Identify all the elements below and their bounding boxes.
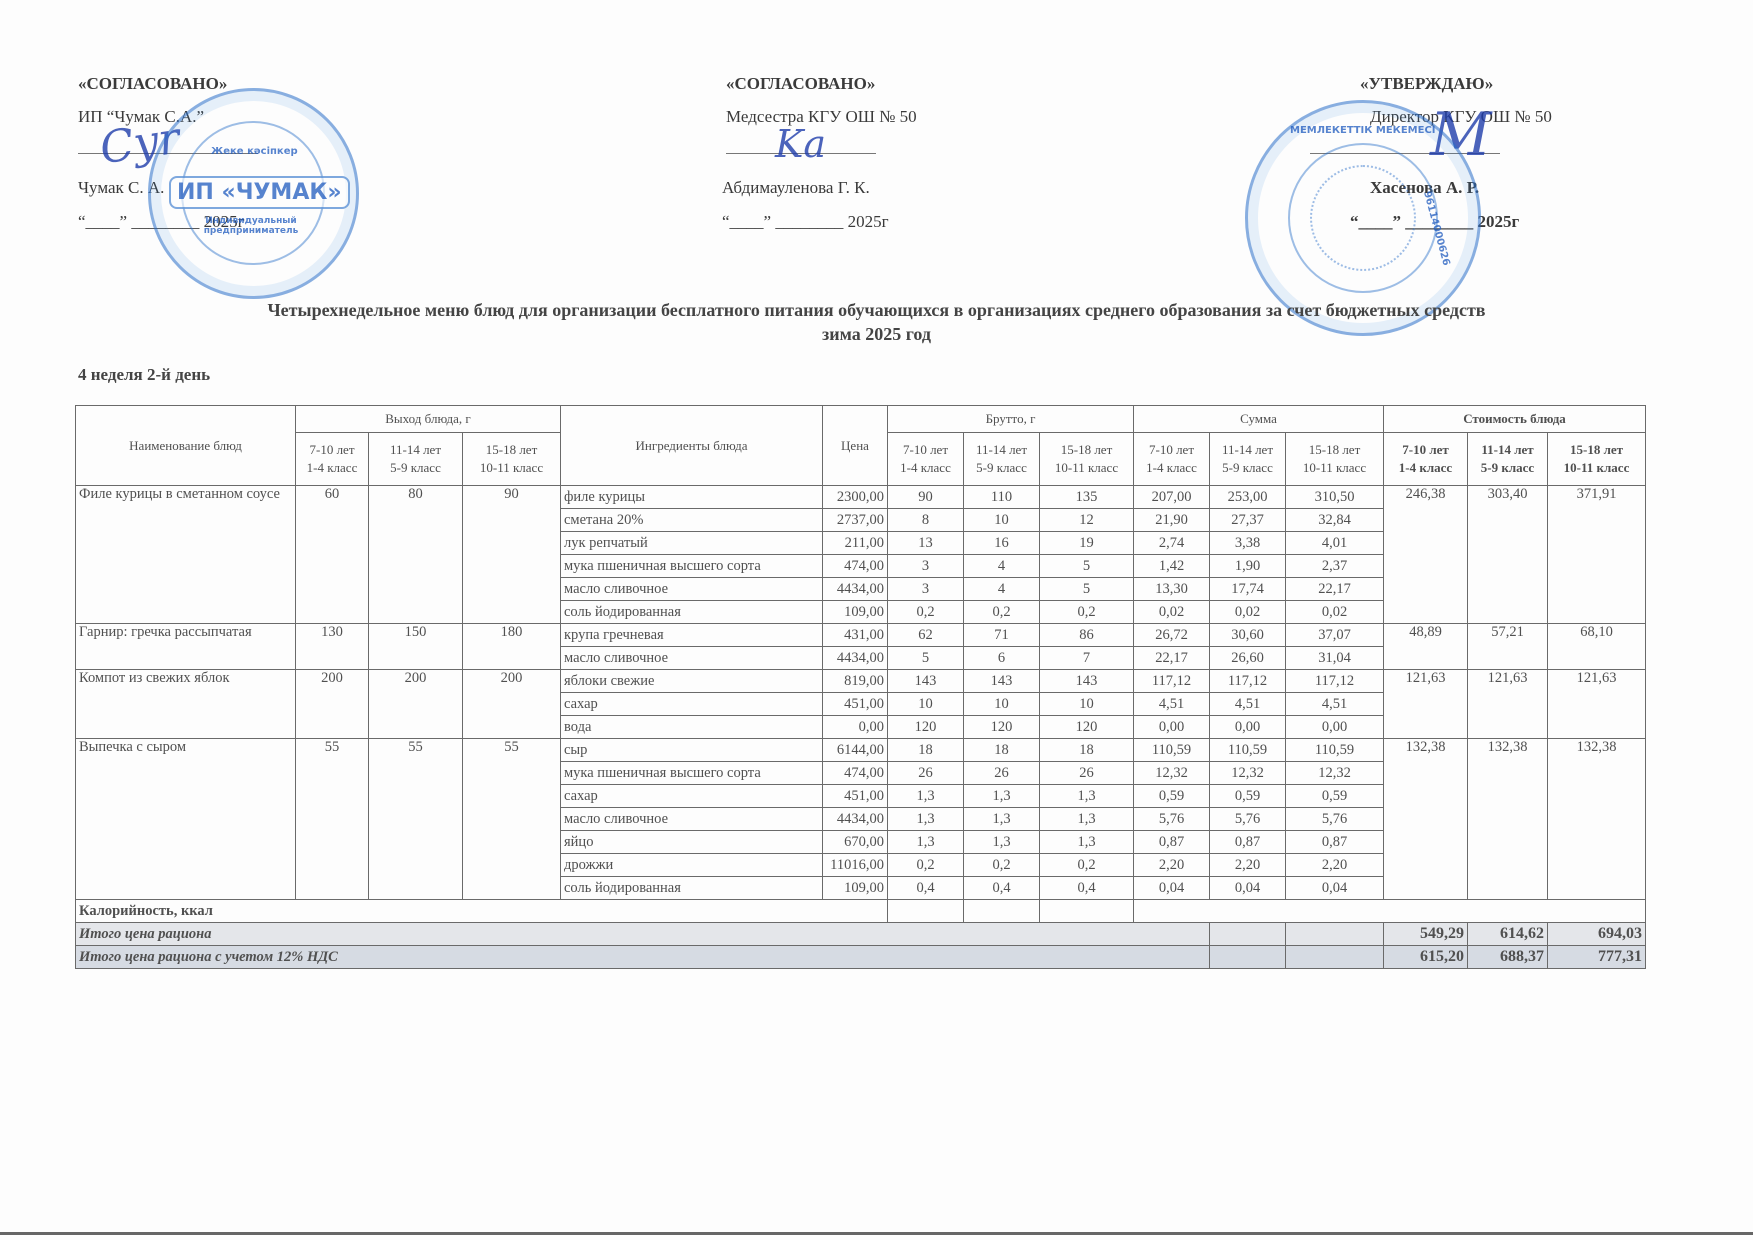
dish-yield: 55	[369, 739, 463, 900]
ingredient-gross: 1,3	[964, 831, 1040, 854]
header-cost: Стоимость блюда	[1384, 406, 1646, 433]
dish-yield: 130	[296, 624, 369, 670]
ingredient-gross: 0,2	[888, 601, 964, 624]
ingredient-sum: 110,59	[1210, 739, 1286, 762]
ingredient-price: 474,00	[823, 555, 888, 578]
total-row-value: 549,29	[1384, 923, 1468, 946]
approval-heading: «СОГЛАСОВАНО»	[78, 75, 227, 92]
ingredient-sum: 0,87	[1134, 831, 1210, 854]
ingredient-sum: 27,37	[1210, 509, 1286, 532]
total-vat-row-value: 777,31	[1548, 946, 1646, 969]
empty-cell	[1210, 946, 1286, 969]
ingredient-gross: 10	[888, 693, 964, 716]
ingredient-gross: 1,3	[888, 785, 964, 808]
ingredient-name: сыр	[561, 739, 823, 762]
dish-yield: 150	[369, 624, 463, 670]
ingredient-gross: 71	[964, 624, 1040, 647]
header-gross: Брутто, г	[888, 406, 1134, 433]
age-label: 11-14 лет	[1213, 441, 1282, 459]
ingredient-name: масло сливочное	[561, 808, 823, 831]
approval-heading: «СОГЛАСОВАНО»	[726, 75, 875, 92]
ingredient-gross: 4	[964, 578, 1040, 601]
total-row-label: Итого цена рациона	[76, 923, 1210, 946]
signature-nurse: Ka	[775, 122, 826, 166]
ingredient-sum: 117,12	[1210, 670, 1286, 693]
grade-label: 10-11 класс	[1043, 459, 1130, 477]
ingredient-sum: 37,07	[1286, 624, 1384, 647]
total-row-value: 614,62	[1468, 923, 1548, 946]
empty-cell	[1286, 923, 1384, 946]
menu-table: Наименование блюд Выход блюда, г Ингреди…	[75, 405, 1646, 969]
ingredient-gross: 5	[1040, 578, 1134, 601]
ingredient-sum: 21,90	[1134, 509, 1210, 532]
ingredient-sum: 0,00	[1286, 716, 1384, 739]
ingredient-gross: 1,3	[964, 785, 1040, 808]
ingredient-price: 4434,00	[823, 647, 888, 670]
ingredient-gross: 62	[888, 624, 964, 647]
ingredient-gross: 18	[1040, 739, 1134, 762]
ingredient-name: лук репчатый	[561, 532, 823, 555]
ingredient-sum: 2,74	[1134, 532, 1210, 555]
ingredient-sum: 12,32	[1134, 762, 1210, 785]
header-sum-age-1: 11-14 лет5-9 класс	[1210, 433, 1286, 486]
ingredient-gross: 10	[964, 509, 1040, 532]
dish-yield: 90	[463, 486, 561, 624]
header-yield: Выход блюда, г	[296, 406, 561, 433]
ingredient-gross: 120	[1040, 716, 1134, 739]
ingredient-price: 451,00	[823, 693, 888, 716]
dish-yield: 55	[463, 739, 561, 900]
dish-cost: 48,89	[1384, 624, 1468, 670]
ingredient-gross: 1,3	[1040, 785, 1134, 808]
ingredient-sum: 310,50	[1286, 486, 1384, 509]
ingredient-sum: 0,59	[1210, 785, 1286, 808]
header-sum-age-0: 7-10 лет1-4 класс	[1134, 433, 1210, 486]
ingredient-sum: 207,00	[1134, 486, 1210, 509]
ingredient-sum: 0,02	[1134, 601, 1210, 624]
ingredient-sum: 0,59	[1286, 785, 1384, 808]
grade-label: 5-9 класс	[967, 459, 1036, 477]
ingredient-price: 0,00	[823, 716, 888, 739]
ingredient-sum: 2,20	[1286, 854, 1384, 877]
ingredient-gross: 0,2	[1040, 854, 1134, 877]
dish-cost: 57,21	[1468, 624, 1548, 670]
ingredient-gross: 0,4	[964, 877, 1040, 900]
ingredient-sum: 110,59	[1134, 739, 1210, 762]
ingredient-gross: 0,4	[888, 877, 964, 900]
ingredient-price: 474,00	[823, 762, 888, 785]
ingredient-sum: 26,60	[1210, 647, 1286, 670]
table-row: Компот из свежих яблок200200200яблоки св…	[76, 670, 1646, 693]
ingredient-gross: 120	[964, 716, 1040, 739]
ingredient-gross: 1,3	[888, 808, 964, 831]
ingredient-gross: 5	[888, 647, 964, 670]
stamp-center-text: ИП «ЧУМАК»	[169, 176, 350, 209]
header-gross-age-2: 15-18 лет10-11 класс	[1040, 433, 1134, 486]
header-sum-age-2: 15-18 лет10-11 класс	[1286, 433, 1384, 486]
ingredient-gross: 26	[1040, 762, 1134, 785]
ingredient-sum: 117,12	[1286, 670, 1384, 693]
ingredient-price: 670,00	[823, 831, 888, 854]
ingredient-name: соль йодированная	[561, 877, 823, 900]
ingredient-name: дрожжи	[561, 854, 823, 877]
ingredient-gross: 6	[964, 647, 1040, 670]
calories-empty	[1134, 900, 1646, 923]
ingredient-sum: 0,87	[1286, 831, 1384, 854]
age-label: 15-18 лет	[466, 441, 557, 459]
ingredient-price: 451,00	[823, 785, 888, 808]
ingredient-gross: 120	[888, 716, 964, 739]
grade-label: 1-4 класс	[891, 459, 960, 477]
grade-label: 5-9 класс	[1471, 459, 1544, 477]
stamp-top-text: МЕМЛЕКЕТТІК МЕКЕМЕСІ	[1290, 125, 1436, 136]
dish-cost: 246,38	[1384, 486, 1468, 624]
ingredient-gross: 0,2	[1040, 601, 1134, 624]
header-sum: Сумма	[1134, 406, 1384, 433]
age-label: 11-14 лет	[372, 441, 459, 459]
approval-heading: «УТВЕРЖДАЮ»	[1360, 75, 1493, 92]
page-edge	[0, 1232, 1753, 1235]
ingredient-name: мука пшеничная высшего сорта	[561, 762, 823, 785]
ingredient-sum: 2,20	[1210, 854, 1286, 877]
calories-row: Калорийность, ккал	[76, 900, 1646, 923]
ingredient-sum: 22,17	[1286, 578, 1384, 601]
dish-yield: 80	[369, 486, 463, 624]
dish-yield: 180	[463, 624, 561, 670]
ingredient-gross: 18	[888, 739, 964, 762]
ingredient-price: 4434,00	[823, 808, 888, 831]
ingredient-price: 109,00	[823, 877, 888, 900]
ingredient-sum: 5,76	[1286, 808, 1384, 831]
ingredient-gross: 7	[1040, 647, 1134, 670]
ingredient-gross: 10	[964, 693, 1040, 716]
ingredient-gross: 143	[1040, 670, 1134, 693]
ingredient-gross: 26	[964, 762, 1040, 785]
ingredient-gross: 18	[964, 739, 1040, 762]
ingredient-name: сахар	[561, 785, 823, 808]
ingredient-price: 2737,00	[823, 509, 888, 532]
grade-label: 5-9 класс	[372, 459, 459, 477]
ingredient-gross: 0,2	[888, 854, 964, 877]
header-yield-age-0: 7-10 лет1-4 класс	[296, 433, 369, 486]
ingredient-sum: 1,42	[1134, 555, 1210, 578]
header-price: Цена	[823, 406, 888, 486]
ingredient-gross: 143	[964, 670, 1040, 693]
age-label: 7-10 лет	[891, 441, 960, 459]
table-row: Гарнир: гречка рассыпчатая130150180крупа…	[76, 624, 1646, 647]
ingredient-sum: 17,74	[1210, 578, 1286, 601]
dish-name: Компот из свежих яблок	[76, 670, 296, 739]
total-row-value: 694,03	[1548, 923, 1646, 946]
approval-name: Абдимауленова Г. К.	[722, 179, 870, 196]
age-label: 7-10 лет	[1137, 441, 1206, 459]
ingredient-gross: 5	[1040, 555, 1134, 578]
ingredient-price: 4434,00	[823, 578, 888, 601]
dish-yield: 200	[463, 670, 561, 739]
ingredient-sum: 30,60	[1210, 624, 1286, 647]
calories-label: Калорийность, ккал	[76, 900, 888, 923]
ingredient-gross: 0,2	[964, 854, 1040, 877]
dish-yield: 200	[296, 670, 369, 739]
ingredient-sum: 110,59	[1286, 739, 1384, 762]
grade-label: 10-11 класс	[1551, 459, 1642, 477]
header-gross-age-1: 11-14 лет5-9 класс	[964, 433, 1040, 486]
table-row: Филе курицы в сметанном соусе608090филе …	[76, 486, 1646, 509]
dish-cost: 132,38	[1384, 739, 1468, 900]
empty-cell	[1286, 946, 1384, 969]
ingredient-price: 6144,00	[823, 739, 888, 762]
ingredient-gross: 1,3	[964, 808, 1040, 831]
total-row: Итого цена рациона549,29614,62694,03	[76, 923, 1646, 946]
dish-cost: 121,63	[1384, 670, 1468, 739]
ingredient-gross: 16	[964, 532, 1040, 555]
ingredient-price: 431,00	[823, 624, 888, 647]
calories-value	[1040, 900, 1134, 923]
ingredient-name: крупа гречневая	[561, 624, 823, 647]
age-label: 11-14 лет	[967, 441, 1036, 459]
ingredient-name: сметана 20%	[561, 509, 823, 532]
ingredient-sum: 3,38	[1210, 532, 1286, 555]
dish-name: Филе курицы в сметанном соусе	[76, 486, 296, 624]
ingredient-sum: 1,90	[1210, 555, 1286, 578]
age-label: 7-10 лет	[299, 441, 365, 459]
ingredient-sum: 31,04	[1286, 647, 1384, 670]
ingredient-sum: 4,01	[1286, 532, 1384, 555]
header-yield-age-1: 11-14 лет5-9 класс	[369, 433, 463, 486]
age-label: 15-18 лет	[1551, 441, 1642, 459]
ingredient-sum: 0,00	[1134, 716, 1210, 739]
ingredient-name: яйцо	[561, 831, 823, 854]
ingredient-gross: 135	[1040, 486, 1134, 509]
stamp-top-text: Жеке кәсіпкер	[211, 146, 298, 157]
ingredient-sum: 32,84	[1286, 509, 1384, 532]
dish-cost: 132,38	[1468, 739, 1548, 900]
dish-cost: 303,40	[1468, 486, 1548, 624]
ingredient-sum: 0,00	[1210, 716, 1286, 739]
grade-label: 1-4 класс	[299, 459, 365, 477]
ingredient-price: 819,00	[823, 670, 888, 693]
stamp-supplier: Жеке кәсіпкер ИП «ЧУМАК» Индивидуальный …	[148, 88, 359, 299]
ingredient-gross: 86	[1040, 624, 1134, 647]
ingredient-sum: 26,72	[1134, 624, 1210, 647]
calories-value	[888, 900, 964, 923]
dish-yield: 60	[296, 486, 369, 624]
ingredient-name: мука пшеничная высшего сорта	[561, 555, 823, 578]
approval-date: “____” ________ 2025г	[722, 213, 889, 230]
ingredient-sum: 0,02	[1286, 601, 1384, 624]
age-label: 15-18 лет	[1043, 441, 1130, 459]
ingredient-sum: 2,37	[1286, 555, 1384, 578]
ingredient-sum: 0,04	[1210, 877, 1286, 900]
age-label: 7-10 лет	[1387, 441, 1464, 459]
dish-cost: 371,91	[1548, 486, 1646, 624]
ingredient-sum: 0,04	[1286, 877, 1384, 900]
ingredient-name: вода	[561, 716, 823, 739]
age-label: 15-18 лет	[1289, 441, 1380, 459]
total-vat-row-label: Итого цена рациона с учетом 12% НДС	[76, 946, 1210, 969]
ingredient-sum: 5,76	[1210, 808, 1286, 831]
header-cost-age-1: 11-14 лет5-9 класс	[1468, 433, 1548, 486]
header-cost-age-0: 7-10 лет1-4 класс	[1384, 433, 1468, 486]
dish-cost: 68,10	[1548, 624, 1646, 670]
ingredient-price: 2300,00	[823, 486, 888, 509]
dish-name: Выпечка с сыром	[76, 739, 296, 900]
ingredient-sum: 12,32	[1286, 762, 1384, 785]
ingredient-gross: 13	[888, 532, 964, 555]
total-vat-row-value: 688,37	[1468, 946, 1548, 969]
ingredient-name: филе курицы	[561, 486, 823, 509]
ingredient-gross: 0,2	[964, 601, 1040, 624]
grade-label: 5-9 класс	[1213, 459, 1282, 477]
dish-name: Гарнир: гречка рассыпчатая	[76, 624, 296, 670]
ingredient-gross: 1,3	[1040, 831, 1134, 854]
ingredient-name: соль йодированная	[561, 601, 823, 624]
document-title: Четырехнедельное меню блюд для организац…	[0, 300, 1753, 321]
ingredient-gross: 26	[888, 762, 964, 785]
dish-yield: 200	[369, 670, 463, 739]
ingredient-gross: 12	[1040, 509, 1134, 532]
ingredient-gross: 110	[964, 486, 1040, 509]
ingredient-gross: 0,4	[1040, 877, 1134, 900]
ingredient-price: 211,00	[823, 532, 888, 555]
age-label: 11-14 лет	[1471, 441, 1544, 459]
header-ingredients: Ингредиенты блюда	[561, 406, 823, 486]
dish-cost: 132,38	[1548, 739, 1646, 900]
total-vat-row-value: 615,20	[1384, 946, 1468, 969]
ingredient-sum: 4,51	[1286, 693, 1384, 716]
header-gross-age-0: 7-10 лет1-4 класс	[888, 433, 964, 486]
dish-yield: 55	[296, 739, 369, 900]
ingredient-gross: 90	[888, 486, 964, 509]
ingredient-sum: 2,20	[1134, 854, 1210, 877]
ingredient-sum: 0,04	[1134, 877, 1210, 900]
ingredient-gross: 8	[888, 509, 964, 532]
ingredient-sum: 13,30	[1134, 578, 1210, 601]
ingredient-sum: 4,51	[1210, 693, 1286, 716]
ingredient-name: масло сливочное	[561, 578, 823, 601]
total-vat-row: Итого цена рациона с учетом 12% НДС615,2…	[76, 946, 1646, 969]
ingredient-sum: 117,12	[1134, 670, 1210, 693]
dish-cost: 121,63	[1548, 670, 1646, 739]
day-label: 4 неделя 2-й день	[78, 365, 210, 385]
grade-label: 1-4 класс	[1387, 459, 1464, 477]
calories-value	[964, 900, 1040, 923]
ingredient-sum: 4,51	[1134, 693, 1210, 716]
ingredient-price: 11016,00	[823, 854, 888, 877]
ingredient-gross: 3	[888, 555, 964, 578]
ingredient-gross: 4	[964, 555, 1040, 578]
ingredient-sum: 12,32	[1210, 762, 1286, 785]
document-subtitle: зима 2025 год	[0, 324, 1753, 345]
table-row: Выпечка с сыром555555сыр6144,00181818110…	[76, 739, 1646, 762]
header-dish-name: Наименование блюд	[76, 406, 296, 486]
header-cost-age-2: 15-18 лет10-11 класс	[1548, 433, 1646, 486]
grade-label: 10-11 класс	[466, 459, 557, 477]
ingredient-gross: 1,3	[888, 831, 964, 854]
header-yield-age-2: 15-18 лет10-11 класс	[463, 433, 561, 486]
stamp-sub-text: Индивидуальный предприниматель	[186, 216, 316, 236]
empty-cell	[1210, 923, 1286, 946]
ingredient-sum: 5,76	[1134, 808, 1210, 831]
ingredient-sum: 22,17	[1134, 647, 1210, 670]
grade-label: 1-4 класс	[1137, 459, 1206, 477]
ingredient-name: сахар	[561, 693, 823, 716]
ingredient-gross: 3	[888, 578, 964, 601]
ingredient-sum: 0,02	[1210, 601, 1286, 624]
ingredient-name: яблоки свежие	[561, 670, 823, 693]
dish-cost: 121,63	[1468, 670, 1548, 739]
ingredient-sum: 0,87	[1210, 831, 1286, 854]
ingredient-name: масло сливочное	[561, 647, 823, 670]
ingredient-price: 109,00	[823, 601, 888, 624]
ingredient-gross: 1,3	[1040, 808, 1134, 831]
ingredient-gross: 143	[888, 670, 964, 693]
ingredient-sum: 0,59	[1134, 785, 1210, 808]
ingredient-gross: 19	[1040, 532, 1134, 555]
ingredient-sum: 253,00	[1210, 486, 1286, 509]
grade-label: 10-11 класс	[1289, 459, 1380, 477]
ingredient-gross: 10	[1040, 693, 1134, 716]
